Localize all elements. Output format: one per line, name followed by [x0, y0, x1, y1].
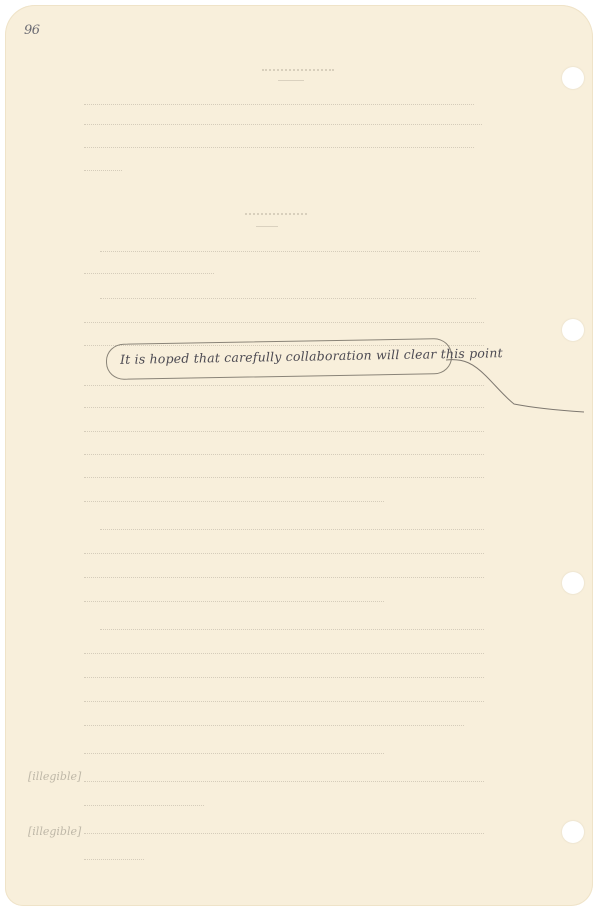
- text-line: [84, 321, 484, 323]
- text-line: [84, 858, 144, 860]
- punch-hole: [562, 821, 584, 843]
- text-line: [100, 250, 480, 252]
- punch-hole: [562, 67, 584, 89]
- text-line: [84, 576, 484, 578]
- text-line: [100, 528, 484, 530]
- text-line: [84, 453, 484, 455]
- text-line: [84, 700, 484, 702]
- text-line: [84, 272, 214, 274]
- punch-hole: [562, 572, 584, 594]
- margin-mark: [illegible]: [28, 825, 81, 838]
- text-line: [84, 780, 484, 782]
- text-line: [84, 600, 384, 602]
- margin-mark: [illegible]: [28, 770, 81, 783]
- section-heading-1: [262, 68, 334, 71]
- text-line: [84, 123, 482, 125]
- text-line: [84, 724, 464, 726]
- text-line: [84, 676, 484, 678]
- heading-underline: [278, 80, 304, 81]
- text-line: [84, 103, 474, 105]
- text-line: [84, 146, 474, 148]
- text-line: [84, 384, 484, 386]
- heading-underline: [256, 226, 278, 227]
- section-heading-2: [245, 212, 307, 215]
- text-line: [84, 169, 122, 171]
- text-line: [84, 832, 484, 834]
- text-line: [84, 406, 484, 408]
- text-line: [100, 628, 484, 630]
- punch-hole: [562, 319, 584, 341]
- text-line: [100, 297, 476, 299]
- text-line: [84, 804, 204, 806]
- text-line: [84, 652, 484, 654]
- annotation-leader-line: [444, 356, 594, 416]
- text-line: [84, 500, 384, 502]
- text-line: [84, 430, 484, 432]
- notebook-page: [5, 5, 593, 906]
- text-line: [84, 476, 484, 478]
- text-line: [84, 552, 484, 554]
- page-number: 96: [24, 23, 40, 38]
- text-line: [84, 752, 384, 754]
